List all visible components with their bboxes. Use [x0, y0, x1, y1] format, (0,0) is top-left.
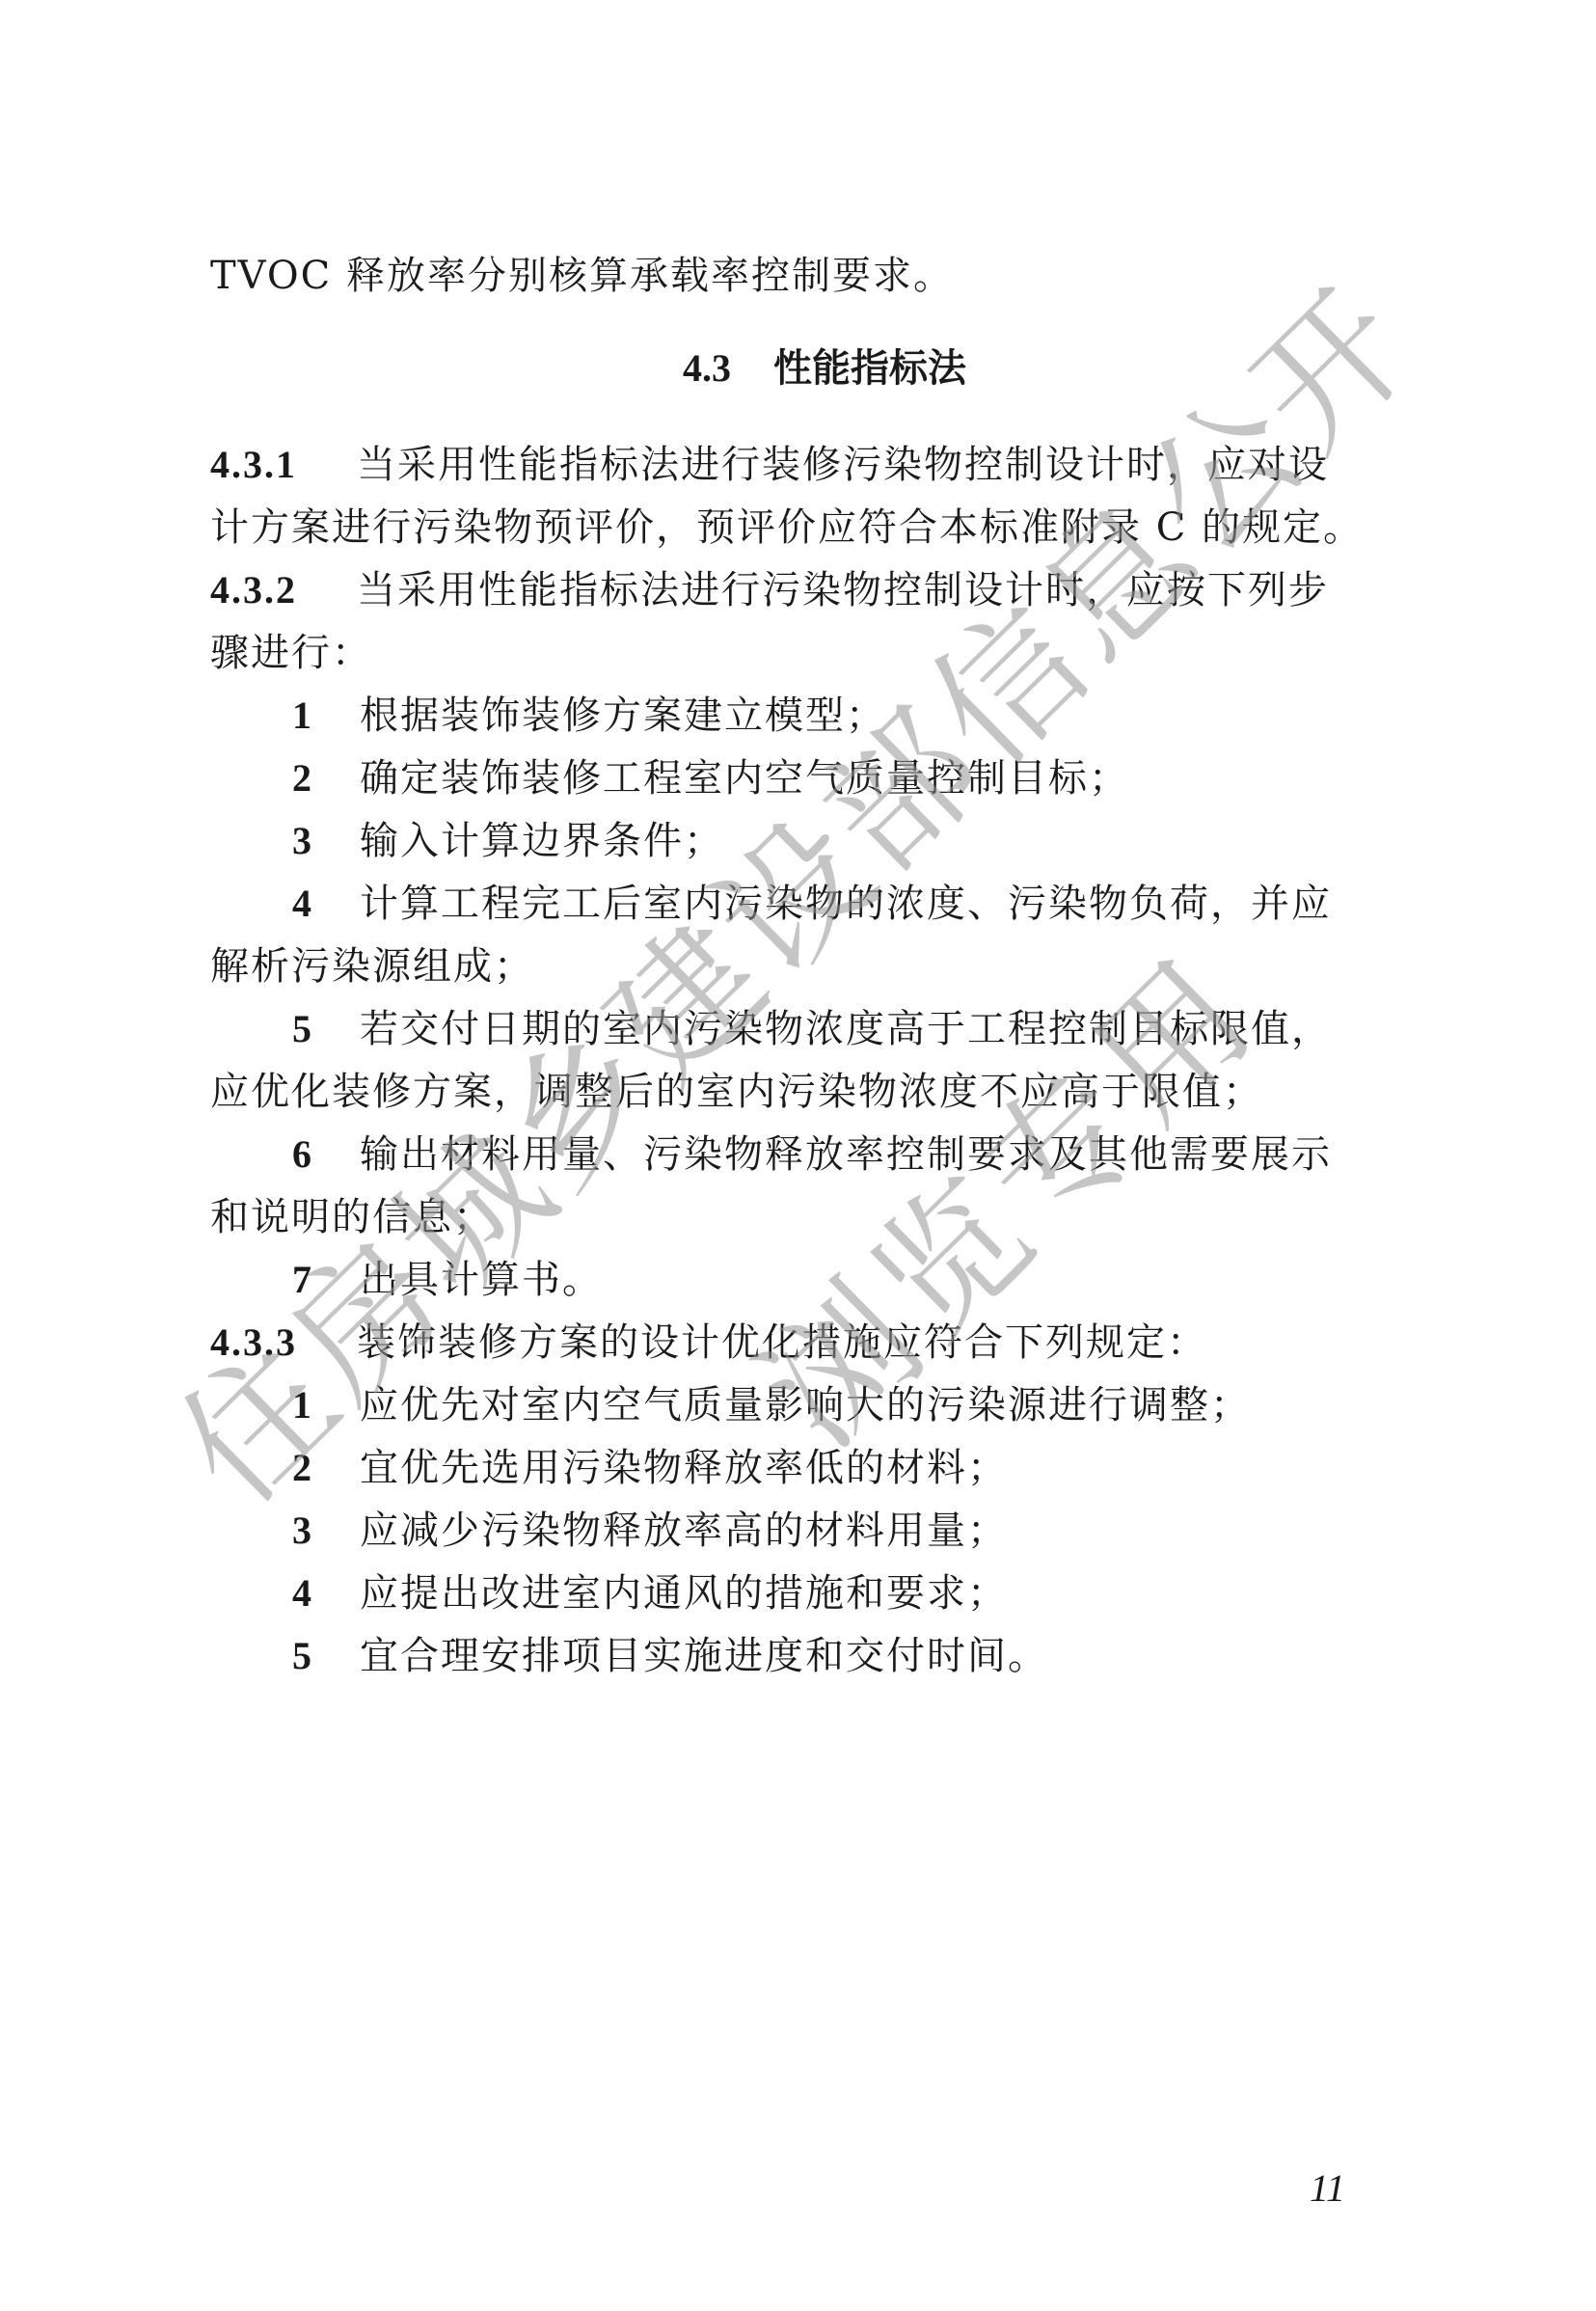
- item-number: 1: [210, 1382, 360, 1428]
- clause-number: 4.3.1: [210, 442, 357, 488]
- list-item: 2确定装饰装修工程室内空气质量控制目标；: [210, 755, 1129, 802]
- list-item: 3输入计算边界条件；: [210, 818, 724, 864]
- item-number: 5: [210, 1633, 360, 1679]
- clause-text-continued: 骤进行：: [210, 630, 372, 676]
- section-number: 4.3: [683, 346, 731, 390]
- list-item: 2宜优先选用污染物释放率低的材料；: [210, 1445, 1008, 1491]
- clause-text: 装饰装修方案的设计优化措施应符合下列规定：: [357, 1320, 1207, 1365]
- item-text: 若交付日期的室内污染物浓度高于工程控制目标限值，: [360, 1007, 1332, 1051]
- item-text: 出具计算书。: [360, 1258, 603, 1302]
- clause-text: 当采用性能指标法进行污染物控制设计时，应按下列步: [357, 568, 1329, 612]
- item-number: 1: [210, 693, 360, 739]
- list-item: 5宜合理安排项目实施进度和交付时间。: [210, 1633, 1048, 1679]
- clause-4-3-1: 4.3.1当采用性能指标法进行装修污染物控制设计时，应对设: [210, 442, 1329, 488]
- item-text: 应优先对室内空气质量影响大的污染源进行调整；: [360, 1383, 1251, 1427]
- item-number: 3: [210, 1508, 360, 1554]
- item-number: 6: [210, 1131, 360, 1178]
- item-number: 7: [210, 1257, 360, 1303]
- item-text: 确定装饰装修工程室内空气质量控制目标；: [360, 756, 1129, 801]
- item-text: 宜优先选用污染物释放率低的材料；: [360, 1446, 1008, 1490]
- clause-number: 4.3.3: [210, 1319, 357, 1366]
- item-number: 5: [210, 1006, 360, 1052]
- item-text: 应提出改进室内通风的措施和要求；: [360, 1571, 1008, 1616]
- clause-4-3-3: 4.3.3装饰装修方案的设计优化措施应符合下列规定：: [210, 1319, 1207, 1366]
- clause-text: 当采用性能指标法进行装修污染物控制设计时，应对设: [357, 443, 1329, 487]
- clause-4-3-2: 4.3.2当采用性能指标法进行污染物控制设计时，应按下列步: [210, 567, 1329, 613]
- item-number: 2: [210, 755, 360, 802]
- item-text: 计算工程完工后室内污染物的浓度、污染物负荷，并应: [360, 882, 1332, 926]
- item-text-continued: 解析污染源组成；: [210, 943, 534, 990]
- list-item: 7出具计算书。: [210, 1257, 603, 1303]
- document-page: TVOC 释放率分别核算承载率控制要求。 4.3性能指标法 4.3.1当采用性能…: [0, 0, 1596, 2311]
- item-text: 宜合理安排项目实施进度和交付时间。: [360, 1634, 1048, 1678]
- list-item: 1应优先对室内空气质量影响大的污染源进行调整；: [210, 1382, 1251, 1428]
- list-item: 5若交付日期的室内污染物浓度高于工程控制目标限值，: [210, 1006, 1332, 1052]
- list-item: 6输出材料用量、污染物释放率控制要求及其他需要展示: [210, 1131, 1332, 1178]
- list-item: 1根据装饰装修方案建立模型；: [210, 693, 886, 739]
- list-item: 4计算工程完工后室内污染物的浓度、污染物负荷，并应: [210, 881, 1332, 927]
- clause-number: 4.3.2: [210, 567, 357, 613]
- item-text: 根据装饰装修方案建立模型；: [360, 693, 886, 738]
- continuation-line: TVOC 释放率分别核算承载率控制要求。: [210, 253, 954, 299]
- item-number: 3: [210, 818, 360, 864]
- item-text: 输出材料用量、污染物释放率控制要求及其他需要展示: [360, 1132, 1332, 1177]
- item-text: 应减少污染物释放率高的材料用量；: [360, 1509, 1008, 1553]
- list-item: 3应减少污染物释放率高的材料用量；: [210, 1508, 1008, 1554]
- section-title: 性能指标法: [773, 346, 966, 391]
- item-number: 2: [210, 1445, 360, 1491]
- page-number: 11: [1310, 2165, 1345, 2211]
- list-item: 4应提出改进室内通风的措施和要求；: [210, 1570, 1008, 1617]
- section-heading: 4.3性能指标法: [0, 345, 1596, 392]
- item-text-continued: 和说明的信息；: [210, 1194, 494, 1240]
- clause-text-continued: 计方案进行污染物预评价，预评价应符合本标准附录 C 的规定。: [210, 504, 1364, 551]
- item-number: 4: [210, 1570, 360, 1617]
- item-number: 4: [210, 881, 360, 927]
- item-text-continued: 应优化装修方案，调整后的室内污染物浓度不应高于限值；: [210, 1069, 1263, 1115]
- item-text: 输入计算边界条件；: [360, 819, 724, 863]
